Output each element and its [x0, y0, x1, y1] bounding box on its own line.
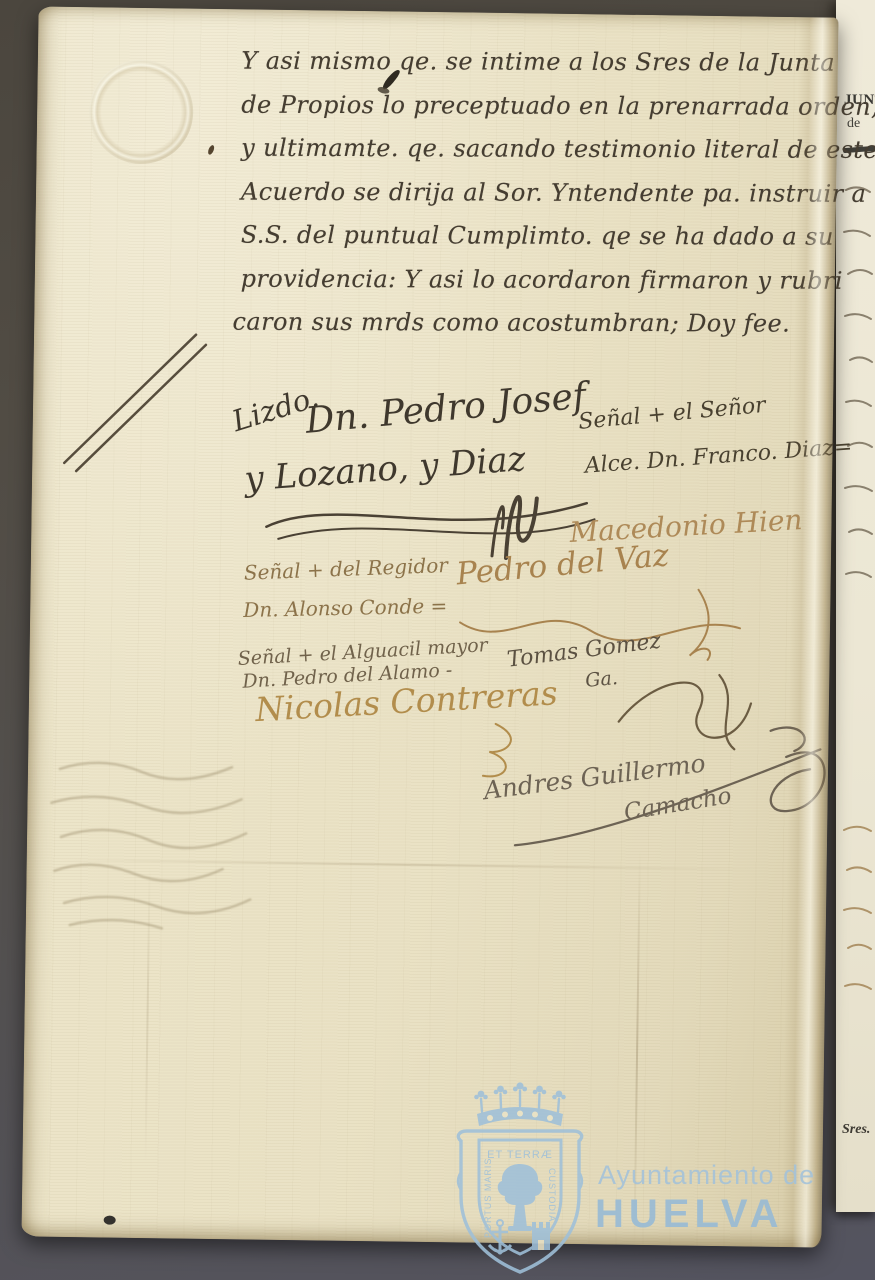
- paper-speck: [207, 144, 215, 155]
- signature-alonso-conde: Dn. Alonso Conde =: [243, 594, 448, 622]
- motto-top-label: ET TERRÆ: [487, 1149, 553, 1161]
- manuscript-line: Y asi mismo qe. se intime a los Sres de …: [241, 47, 875, 93]
- embossed-seal: [88, 59, 193, 164]
- manuscript-page: Y asi mismo qe. se intime a los Sres de …: [21, 6, 838, 1247]
- motto-left-label: PORTUS MARIS: [483, 1158, 493, 1238]
- manuscript-line: S.S. del puntual Cumplimto. qe se ha dad…: [241, 221, 875, 267]
- manuscript-line: providencia: Y asi lo acordaron firmaron…: [241, 264, 875, 310]
- watermark-org-line1: Ayuntamiento de: [598, 1160, 815, 1191]
- scanned-document-view: JUNT de Sres. Y as: [0, 0, 875, 1280]
- motto-right-label: CUSTODIA: [547, 1168, 557, 1222]
- manuscript-line: caron sus mrds como acostumbran; Doy fee…: [232, 308, 870, 354]
- senal-alcalde-line2: Alce. Dn. Franco. Diaz=: [584, 434, 853, 479]
- manuscript-body: Y asi mismo qe. se intime a los Sres de …: [240, 47, 875, 354]
- andres-camacho-flourish: [487, 711, 839, 871]
- manuscript-line: Acuerdo se dirija al Sor. Yntendente pa.…: [241, 177, 875, 223]
- ayuntamiento-huelva-watermark: ET TERRÆ PORTUS MARIS CUSTODIA: [445, 1076, 805, 1278]
- manuscript-line: y ultimamte. qe. sacando testimonio lite…: [241, 134, 875, 180]
- huelva-coat-of-arms-icon: ET TERRÆ PORTUS MARIS CUSTODIA: [445, 1076, 595, 1278]
- signature-pedro-josef: Dn. Pedro Josef: [304, 376, 588, 442]
- manuscript-line: de Propios lo preceptuado en la prenarra…: [241, 90, 875, 136]
- watermark-org-line2: HUELVA: [595, 1192, 784, 1237]
- margin-slash-mark: [52, 322, 224, 484]
- adjacent-page-sres-label: Sres.: [842, 1122, 870, 1138]
- senal-alcalde-line1: Señal + el Señor: [577, 393, 766, 435]
- paper-hole: [104, 1216, 116, 1225]
